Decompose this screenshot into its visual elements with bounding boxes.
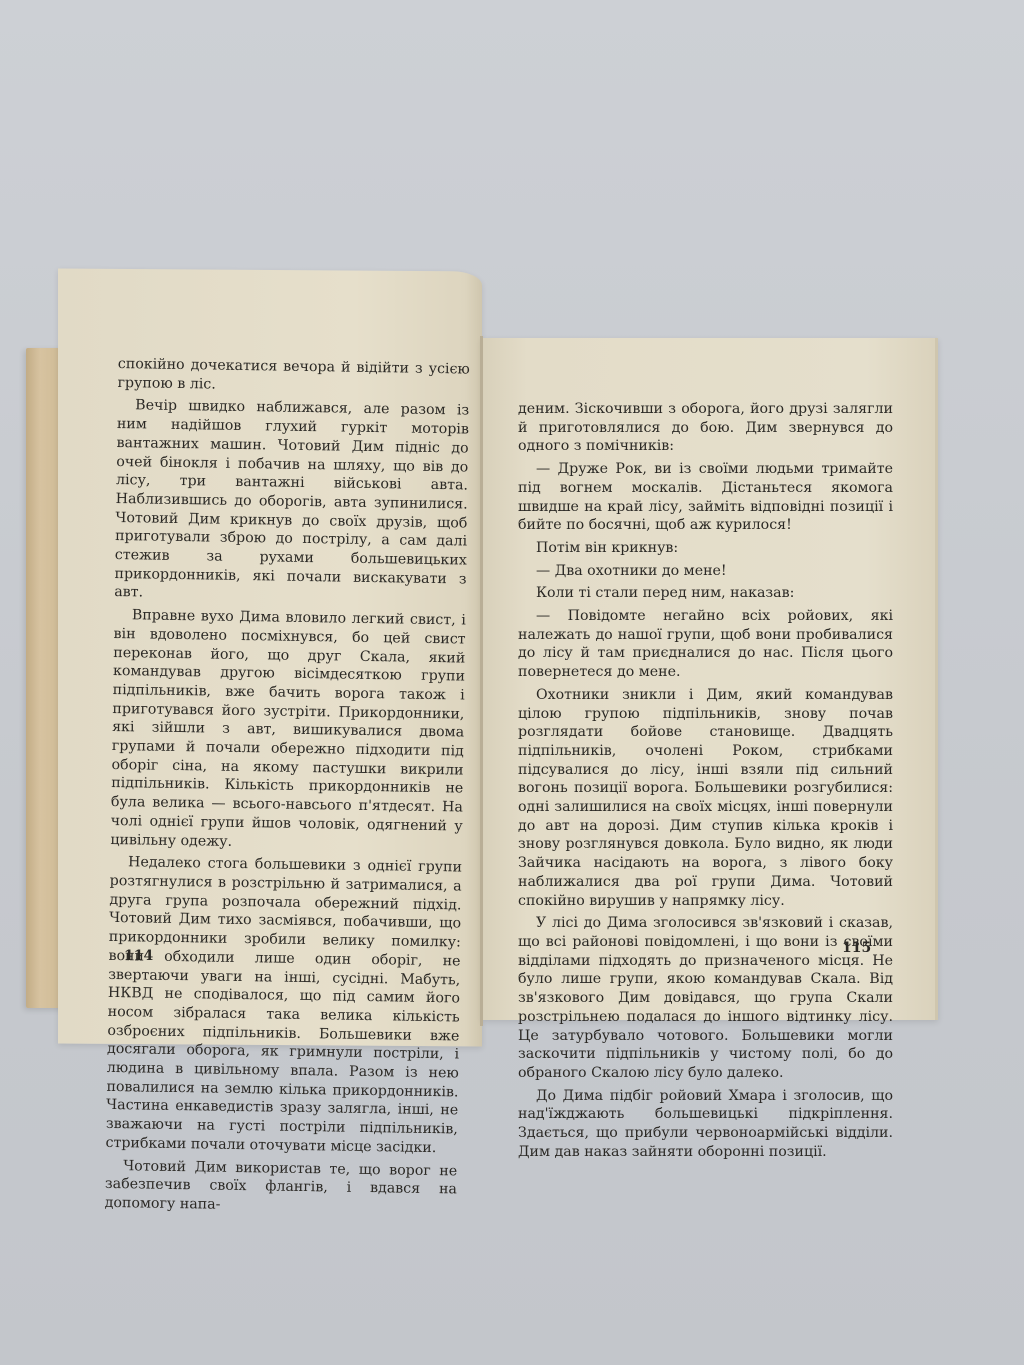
paragraph: До Дима підбіг ройовий Хмара і зголосив,… [518,1087,893,1162]
right-page-text: деним. Зіскочивши з оборога, його друзі … [518,400,893,1165]
paragraph: Вправне вухо Дима вловило легкий свист, … [110,606,466,855]
open-book: спокійно дочекатися вечора й відійти з у… [0,0,1024,1365]
left-page-text: спокійно дочекатися вечора й відійти з у… [104,355,469,1222]
paragraph: спокійно дочекатися вечора й відійти з у… [117,355,470,398]
paragraph: У лісі до Дима зголосився зв'язковий і с… [518,914,893,1082]
page-number-left: 114 [124,948,153,964]
book-gutter [480,336,483,1026]
paragraph: — Друже Рок, ви із своїми людьми тримайт… [518,460,893,535]
paragraph: Чотовий Дим використав те, що ворог не з… [105,1156,458,1218]
paragraph: — Два охотники до мене! [518,562,893,581]
paragraph: — Повідомте негайно всіх ройових, які на… [518,607,893,682]
paragraph: Вечір швидко наближався, але разом із ни… [114,396,469,607]
paragraph: Недалеко стога большевики з однієї групи… [105,853,462,1158]
page-number-right: 115 [842,940,871,956]
paragraph: деним. Зіскочивши з оборога, його друзі … [518,400,893,456]
paragraph: Охотники зникли і Дим, який командував ц… [518,686,893,910]
paragraph: Коли ті стали перед ним, наказав: [518,584,893,603]
paragraph: Потім він крикнув: [518,539,893,558]
